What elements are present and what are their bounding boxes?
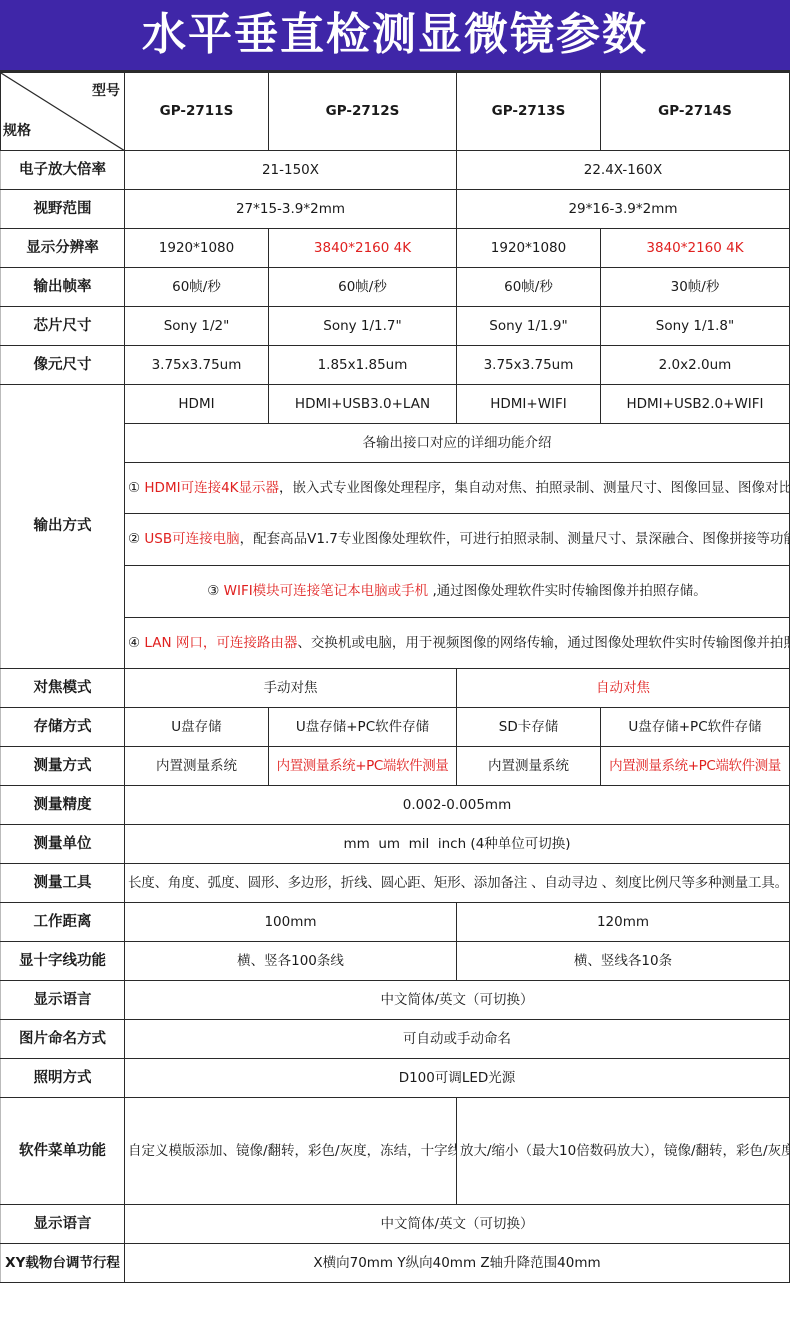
row-label: 测量精度 — [1, 786, 125, 825]
cell-value: Sony 1/1.9" — [457, 307, 601, 346]
row-label: 存储方式 — [1, 708, 125, 747]
detail-number: ① — [128, 480, 140, 496]
cell-value: mm um mil inch (4种单位可切换) — [125, 825, 790, 864]
port-value: HDMI+USB2.0+WIFI — [601, 385, 790, 424]
row-label: 测量单位 — [1, 825, 125, 864]
table-row: 工作距离 100mm 120mm — [1, 903, 790, 942]
cell-value: 自定义模版添加、镜像/翻转，彩色/灰度，冻结，十字线，对比（实时图像和存储介质中… — [125, 1098, 457, 1205]
cell-value: U盘存储+PC软件存储 — [601, 708, 790, 747]
row-label: 芯片尺寸 — [1, 307, 125, 346]
row-label: 照明方式 — [1, 1059, 125, 1098]
detail-number: ③ — [207, 583, 219, 599]
header-row: 型号 规格 GP-2711S GP-2712S GP-2713S GP-2714… — [1, 73, 790, 151]
cell-value: U盘存储+PC软件存储 — [269, 708, 457, 747]
cell-value-highlight: 自动对焦 — [457, 669, 790, 708]
cell-value: 21-150X — [125, 151, 457, 190]
detail-highlight: HDMI可连接4K显示器 — [144, 480, 279, 496]
cell-value: 30帧/秒 — [601, 268, 790, 307]
row-label: 测量工具 — [1, 864, 125, 903]
detail-highlight: WIFI模块可连接笔记本电脑或手机 — [224, 583, 429, 599]
detail-text: ，嵌入式专业图像处理程序，集自动对焦、拍照录制、测量尺寸、图像回显、图像对比等功… — [279, 480, 789, 496]
table-row: 图片命名方式 可自动或手动命名 — [1, 1020, 790, 1059]
cell-value: 手动对焦 — [125, 669, 457, 708]
port-value: HDMI+USB3.0+LAN — [269, 385, 457, 424]
output-detail: ① HDMI可连接4K显示器，嵌入式专业图像处理程序，集自动对焦、拍照录制、测量… — [125, 463, 790, 514]
cell-value: 1.85x1.85um — [269, 346, 457, 385]
row-label: 工作距离 — [1, 903, 125, 942]
row-label: 输出方式 — [1, 385, 125, 669]
cell-value: 3.75x3.75um — [125, 346, 269, 385]
cell-value: 60帧/秒 — [125, 268, 269, 307]
detail-text: ,通过图像处理软件实时传输图像并拍照存储。 — [428, 583, 707, 599]
row-label: XY载物台调节行程 — [1, 1244, 125, 1283]
detail-text: ，配套高品V1.7专业图像处理软件，可进行拍照录制、测量尺寸、景深融合、图像拼接… — [240, 531, 790, 547]
detail-highlight: LAN 网口，可连接路由器 — [144, 635, 297, 651]
table-row: 显示分辨率 1920*1080 3840*2160 4K 1920*1080 3… — [1, 229, 790, 268]
table-row: 对焦模式 手动对焦 自动对焦 — [1, 669, 790, 708]
row-label: 显十字线功能 — [1, 942, 125, 981]
cell-value: 120mm — [457, 903, 790, 942]
model-header: GP-2711S — [125, 73, 269, 151]
corner-model-label: 型号 — [92, 83, 120, 101]
model-header: GP-2713S — [457, 73, 601, 151]
table-row: 输出方式 HDMI HDMI+USB3.0+LAN HDMI+WIFI HDMI… — [1, 385, 790, 424]
table-row: 显示语言 中文简体/英文（可切换） — [1, 981, 790, 1020]
table-row: 测量方式 内置测量系统 内置测量系统+PC端软件测量 内置测量系统 内置测量系统… — [1, 747, 790, 786]
cell-value: 3.75x3.75um — [457, 346, 601, 385]
table-row: 软件菜单功能 自定义模版添加、镜像/翻转，彩色/灰度，冻结，十字线，对比（实时图… — [1, 1098, 790, 1205]
table-row: 照明方式 D100可调LED光源 — [1, 1059, 790, 1098]
table-row: 显十字线功能 横、竖各100条线 横、竖线各10条 — [1, 942, 790, 981]
cell-value: 长度、角度、弧度、圆形、多边形，折线、圆心距、矩形、添加备注 、自动寻边 、刻度… — [125, 864, 790, 903]
cell-value: 60帧/秒 — [457, 268, 601, 307]
cell-value: 中文简体/英文（可切换） — [125, 981, 790, 1020]
table-row: 像元尺寸 3.75x3.75um 1.85x1.85um 3.75x3.75um… — [1, 346, 790, 385]
cell-value-highlight: 3840*2160 4K — [601, 229, 790, 268]
cell-value-highlight: 内置测量系统+PC端软件测量 — [601, 747, 790, 786]
cell-value: 内置测量系统 — [125, 747, 269, 786]
model-header: GP-2712S — [269, 73, 457, 151]
title-banner: 水平垂直检测显微镜参数 — [0, 0, 790, 72]
model-header: GP-2714S — [601, 73, 790, 151]
detail-text: 、交换机或电脑，用于视频图像的网络传输，通过图像处理软件实时传输图像并拍照存储等… — [297, 635, 789, 651]
table-row: XY载物台调节行程 X横向70mm Y纵向40mm Z轴升降范围40mm — [1, 1244, 790, 1283]
corner-spec-label: 规格 — [3, 123, 31, 141]
table-row: 芯片尺寸 Sony 1/2" Sony 1/1.7" Sony 1/1.9" S… — [1, 307, 790, 346]
detail-number: ② — [128, 531, 140, 547]
cell-value: 1920*1080 — [457, 229, 601, 268]
cell-value: 横、竖各100条线 — [125, 942, 457, 981]
cell-value: 内置测量系统 — [457, 747, 601, 786]
corner-cell: 型号 规格 — [1, 73, 125, 151]
cell-value: 中文简体/英文（可切换） — [125, 1205, 790, 1244]
cell-value: 放大/缩小（最大10倍数码放大），镜像/翻转，彩色/灰度，冻结，十字线，叠加，自… — [457, 1098, 790, 1205]
table-row: 测量精度 0.002-0.005mm — [1, 786, 790, 825]
row-label: 输出帧率 — [1, 268, 125, 307]
cell-value: 60帧/秒 — [269, 268, 457, 307]
cell-value-highlight: 3840*2160 4K — [269, 229, 457, 268]
cell-value: Sony 1/2" — [125, 307, 269, 346]
cell-value: 29*16-3.9*2mm — [457, 190, 790, 229]
cell-value: 可自动或手动命名 — [125, 1020, 790, 1059]
table-row: 显示语言 中文简体/英文（可切换） — [1, 1205, 790, 1244]
table-row: 输出帧率 60帧/秒 60帧/秒 60帧/秒 30帧/秒 — [1, 268, 790, 307]
cell-value: D100可调LED光源 — [125, 1059, 790, 1098]
table-row: 测量工具 长度、角度、弧度、圆形、多边形，折线、圆心距、矩形、添加备注 、自动寻… — [1, 864, 790, 903]
row-label: 显示语言 — [1, 981, 125, 1020]
cell-value: Sony 1/1.7" — [269, 307, 457, 346]
row-label: 电子放大倍率 — [1, 151, 125, 190]
cell-value: 22.4X-160X — [457, 151, 790, 190]
spec-table: 型号 规格 GP-2711S GP-2712S GP-2713S GP-2714… — [0, 72, 790, 1283]
table-row: 电子放大倍率 21-150X 22.4X-160X — [1, 151, 790, 190]
table-row: 测量单位 mm um mil inch (4种单位可切换) — [1, 825, 790, 864]
cell-value: 横、竖线各10条 — [457, 942, 790, 981]
detail-number: ④ — [128, 635, 140, 651]
row-label: 软件菜单功能 — [1, 1098, 125, 1205]
output-detail: ② USB可连接电脑，配套高品V1.7专业图像处理软件，可进行拍照录制、测量尺寸… — [125, 514, 790, 566]
cell-value: Sony 1/1.8" — [601, 307, 790, 346]
port-value: HDMI — [125, 385, 269, 424]
table-row: 存储方式 U盘存储 U盘存储+PC软件存储 SD卡存储 U盘存储+PC软件存储 — [1, 708, 790, 747]
table-row: 视野范围 27*15-3.9*2mm 29*16-3.9*2mm — [1, 190, 790, 229]
output-detail: ④ LAN 网口，可连接路由器、交换机或电脑，用于视频图像的网络传输，通过图像处… — [125, 618, 790, 669]
cell-value: 0.002-0.005mm — [125, 786, 790, 825]
cell-value-highlight: 内置测量系统+PC端软件测量 — [269, 747, 457, 786]
row-label: 像元尺寸 — [1, 346, 125, 385]
cell-value: 1920*1080 — [125, 229, 269, 268]
output-intro: 各输出接口对应的详细功能介绍 — [125, 424, 790, 463]
output-detail: ③ WIFI模块可连接笔记本电脑或手机 ,通过图像处理软件实时传输图像并拍照存储… — [125, 566, 790, 618]
cell-value: SD卡存储 — [457, 708, 601, 747]
row-label: 显示语言 — [1, 1205, 125, 1244]
page-title: 水平垂直检测显微镜参数 — [142, 13, 648, 57]
cell-value: U盘存储 — [125, 708, 269, 747]
cell-value: X横向70mm Y纵向40mm Z轴升降范围40mm — [125, 1244, 790, 1283]
cell-value: 100mm — [125, 903, 457, 942]
row-label: 显示分辨率 — [1, 229, 125, 268]
row-label: 对焦模式 — [1, 669, 125, 708]
detail-highlight: USB可连接电脑 — [144, 531, 239, 547]
row-label: 视野范围 — [1, 190, 125, 229]
port-value: HDMI+WIFI — [457, 385, 601, 424]
cell-value: 2.0x2.0um — [601, 346, 790, 385]
row-label: 测量方式 — [1, 747, 125, 786]
row-label: 图片命名方式 — [1, 1020, 125, 1059]
cell-value: 27*15-3.9*2mm — [125, 190, 457, 229]
